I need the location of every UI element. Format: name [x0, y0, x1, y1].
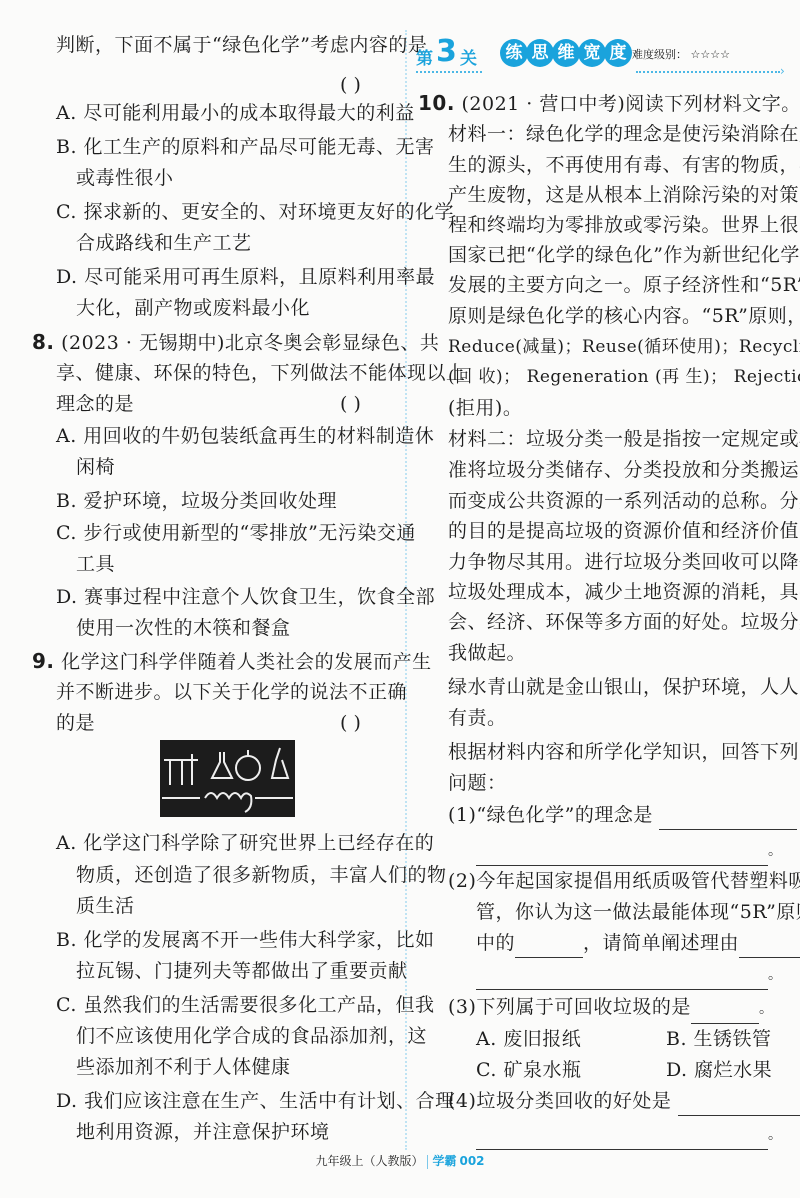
title-char: 思	[526, 39, 554, 67]
q10-intro-text: (2021 · 营口中考)阅读下列材料文字。	[461, 93, 800, 115]
title-char: 度	[604, 39, 632, 67]
sub3-answer-blank[interactable]	[691, 1001, 759, 1024]
q9-option-a-cont2: 质生活	[76, 891, 135, 921]
sub3-option-d: D. 腐烂水果	[666, 1055, 772, 1085]
header-dotted-line	[416, 71, 482, 73]
q9-option-d: D. 我们应该注意在生产、生活中有计划、合理	[56, 1086, 455, 1116]
material2-line: 而变成公共资源的一系列活动的总称。分类	[448, 486, 800, 516]
q8-option-a-cont: 闲椅	[76, 452, 115, 482]
sub-question-1: (1)“绿色化学”的理念是	[448, 800, 797, 830]
q9-option-b-cont: 拉瓦锡、门捷列夫等都做出了重要贡献	[76, 956, 408, 986]
q9-answer-paren[interactable]: ( )	[340, 708, 361, 738]
sub1-answer-line2: 。	[476, 834, 783, 866]
q8-option-d: D. 赛事过程中注意个人饮食卫生，饮食全部	[56, 582, 435, 612]
material1-line: 程和终端均为零排放或零污染。世界上很多	[448, 210, 800, 240]
instruction-line: 问题：	[448, 768, 507, 798]
q8-option-c: C. 步行或使用新型的“零排放”无污染交通	[56, 518, 416, 548]
q8-option-b: B. 爱护环境，垃圾分类回收处理	[56, 486, 337, 516]
q8-option-a: A. 用回收的牛奶包装纸盒再生的材料制造休	[56, 421, 434, 451]
material2-line: 会、经济、环保等多方面的好处。垃圾分类从	[448, 607, 800, 637]
title-char: 维	[552, 39, 580, 67]
q7-option-d: D. 尽可能采用可再生原料，且原料利用率最	[56, 262, 435, 292]
q9-line2: 并不断进步。以下关于化学的说法不正确	[56, 677, 407, 707]
title-char: 宽	[578, 39, 606, 67]
period: 。	[768, 843, 783, 859]
sub4-label: (4)	[448, 1090, 476, 1112]
q7-option-c: C. 探求新的、更安全的、对环境更友好的化学	[56, 197, 454, 227]
material1-line: Reduce(减量)；Reuse(循环使用)；Recycling	[448, 332, 800, 362]
material1-line: 发展的主要方向之一。原子经济性和“5R”	[448, 270, 800, 300]
level-prefix: 第	[416, 44, 433, 69]
sub2-principle-blank[interactable]	[515, 935, 583, 958]
q9-option-c: C. 虽然我们的生活需要很多化工产品，但我	[56, 990, 434, 1020]
q8-option-d-cont: 使用一次性的木筷和餐盒	[76, 613, 291, 643]
sub2-text-a: 中的	[476, 932, 515, 954]
title-char: 练	[500, 39, 528, 67]
q9-line1: 9. 化学这门科学伴随着人类社会的发展而产生	[32, 646, 432, 677]
sub2-reason-blank[interactable]	[739, 935, 800, 958]
q7-option-c-cont: 合成路线和生产工艺	[76, 228, 252, 258]
sub3-option-b: B. 生锈铁管	[666, 1024, 772, 1054]
sub4-answer-line2: 。	[476, 1118, 783, 1150]
sub3-option-c: C. 矿泉水瓶	[476, 1055, 581, 1085]
sub4-answer-blank-2[interactable]	[476, 1127, 768, 1150]
material1-line: 材料一：绿色化学的理念是使污染消除在产	[448, 119, 800, 149]
brand-label: 学霸	[432, 1154, 456, 1168]
material1-line: (回 收)； Regeneration (再 生)； Rejection	[448, 362, 800, 392]
q9-option-c-cont2: 些添加剂不利于人体健康	[76, 1052, 291, 1082]
period: 。	[759, 1001, 774, 1017]
sub-question-4: (4)垃圾分类回收的好处是	[448, 1086, 800, 1116]
sub2-line3: 中的，请简单阐述理由	[476, 928, 800, 958]
q8-text: (2023 · 无锡期中)北京冬奥会彰显绿色、共	[61, 332, 439, 354]
q9-option-a: A. 化学这门科学除了研究世界上已经存在的	[56, 828, 434, 858]
material2-line: 材料二：垃圾分类一般是指按一定规定或标	[448, 424, 800, 454]
sub1-text: “绿色化学”的理念是	[476, 804, 652, 826]
sub3-option-a: A. 废旧报纸	[476, 1024, 581, 1054]
q9-option-d-cont: 地利用资源，并注意保护环境	[76, 1117, 330, 1147]
sub1-answer-blank-2[interactable]	[476, 843, 768, 866]
slogan-line: 有责。	[448, 703, 507, 733]
q10-intro: 10. (2021 · 营口中考)阅读下列材料文字。	[418, 88, 800, 119]
footer-separator	[427, 1155, 428, 1169]
sub-question-2: (2)今年起国家提倡用纸质吸管代替塑料吸	[448, 866, 800, 896]
q8-option-c-cont: 工具	[76, 549, 115, 579]
q9-option-b: B. 化学的发展离不开一些伟大科学家，比如	[56, 925, 435, 955]
sub3-label: (3)	[448, 996, 476, 1018]
level-number: 3	[436, 34, 457, 69]
sub-question-3: (3)下列属于可回收垃圾的是。	[448, 992, 773, 1024]
material1-line: (拒用)。	[448, 393, 522, 423]
star-icon: ☆☆☆☆	[691, 48, 730, 61]
q8-line2: 享、健康、环保的特色，下列做法不能体现以上	[56, 358, 466, 388]
slogan-line: 绿水青山就是金山银山，保护环境，人人	[448, 672, 799, 702]
period: 。	[768, 1127, 783, 1143]
q7-option-d-cont: 大化，副产物或废料最小化	[76, 293, 310, 323]
q9-option-a-cont1: 物质，还创造了很多新物质，丰富人们的物	[76, 860, 447, 890]
arrow-right-icon: ›	[780, 64, 785, 78]
material1-line: 原则是绿色化学的核心内容。“5R”原则，即	[448, 301, 800, 331]
sub2-text: 今年起国家提倡用纸质吸管代替塑料吸	[476, 870, 800, 892]
q7-stem: 判断，下面不属于“绿色化学”考虑内容的是	[56, 30, 427, 60]
difficulty-rating: 难度级别： ☆☆☆☆	[632, 46, 730, 62]
material2-line: 我做起。	[448, 638, 526, 668]
sub1-answer-blank[interactable]	[659, 807, 797, 830]
q8-answer-paren[interactable]: ( )	[340, 389, 361, 419]
sub4-text: 垃圾分类回收的好处是	[476, 1090, 671, 1112]
sub2-label: (2)	[448, 870, 476, 892]
q8-line1: 8. (2023 · 无锡期中)北京冬奥会彰显绿色、共	[32, 327, 439, 358]
material1-line: 国家已把“化学的绿色化”作为新世纪化学	[448, 240, 800, 270]
q10-number: 10.	[418, 91, 455, 115]
period: 。	[768, 967, 783, 983]
q7-option-a: A. 尽可能利用最小的成本取得最大的利益	[56, 98, 415, 128]
material1-line: 生的源头，不再使用有毒、有害的物质，不再	[448, 150, 800, 180]
sub2-text-b: ，请简单阐述理由	[583, 932, 739, 954]
header-dotted-line	[636, 71, 780, 73]
q9-option-c-cont1: 们不应该使用化学合成的食品添加剂，这	[76, 1021, 427, 1051]
material1-line: 产生废物，这是从根本上消除污染的对策，过	[448, 180, 800, 210]
sub4-answer-blank[interactable]	[678, 1093, 800, 1116]
grade-label: 九年级上（人教版）	[315, 1154, 423, 1168]
q9-text: 化学这门科学伴随着人类社会的发展而产生	[61, 651, 432, 673]
chemistry-blackboard-image	[160, 740, 295, 817]
q7-answer-paren[interactable]: ( )	[340, 70, 361, 100]
material2-line: 垃圾处理成本，减少土地资源的消耗，具有社	[448, 577, 800, 607]
sub2-line2: 管，你认为这一做法最能体现“5R”原则	[476, 897, 800, 927]
page-footer: 九年级上（人教版）学霸002	[0, 1152, 800, 1169]
q8-line3: 理念的是	[56, 389, 134, 419]
q7-option-b: B. 化工生产的原料和产品尽可能无毒、无害	[56, 132, 435, 162]
material2-line: 的目的是提高垃圾的资源价值和经济价值，	[448, 516, 800, 546]
sub2-reason-blank-2[interactable]	[476, 967, 768, 990]
material2-line: 准将垃圾分类储存、分类投放和分类搬运，从	[448, 455, 800, 485]
flask-icon	[160, 740, 295, 817]
q7-option-b-cont: 或毒性很小	[76, 163, 174, 193]
section-title: 练 思 维 宽 度	[500, 39, 630, 67]
q8-number: 8.	[32, 330, 55, 354]
section-header: 第 3 关 练 思 维 宽 度 难度级别： ☆☆☆☆ ›	[416, 38, 788, 78]
page-number: 002	[459, 1154, 484, 1168]
difficulty-label: 难度级别：	[632, 48, 687, 61]
material2-line: 力争物尽其用。进行垃圾分类回收可以降低	[448, 547, 800, 577]
instruction-line: 根据材料内容和所学化学知识，回答下列	[448, 737, 799, 767]
sub3-text: 下列属于可回收垃圾的是	[476, 996, 691, 1018]
sub2-line4: 。	[476, 958, 783, 990]
level-suffix: 关	[460, 44, 477, 69]
q9-number: 9.	[32, 649, 55, 673]
sub1-label: (1)	[448, 804, 476, 826]
q9-line3: 的是	[56, 708, 95, 738]
